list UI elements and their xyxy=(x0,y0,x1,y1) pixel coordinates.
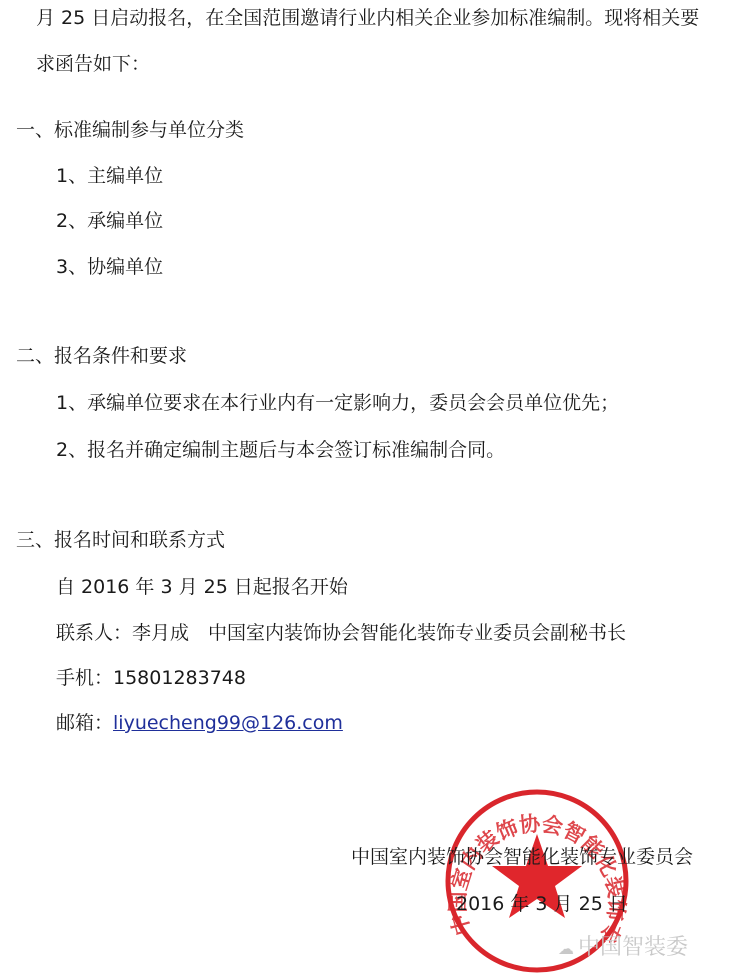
watermark-text: 中国智装委 xyxy=(578,935,688,960)
registration-start: 自 2016 年 3 月 25 日起报名开始 xyxy=(56,574,348,600)
email-row: 邮箱：liyuecheng99@126.com xyxy=(56,710,343,736)
section-2-item: 1、承编单位要求在本行业内有一定影响力，委员会会员单位优先； xyxy=(56,390,619,416)
section-2-item: 2、报名并确定编制主题后与本会签订标准编制合同。 xyxy=(56,437,505,463)
contact-person: 联系人：李月成 中国室内装饰协会智能化装饰专业委员会副秘书长 xyxy=(56,620,626,646)
email-label: 邮箱： xyxy=(56,712,113,734)
signature-date: 2016 年 3 月 25 日 xyxy=(456,891,628,917)
section-2-heading: 二、报名条件和要求 xyxy=(16,343,187,369)
intro-line-1: 月 25 日启动报名，在全国范围邀请行业内相关企业参加标准编制。现将相关要 xyxy=(36,5,699,31)
section-3-heading: 三、报名时间和联系方式 xyxy=(16,527,225,553)
wechat-icon: ☁ xyxy=(558,939,574,958)
mobile-phone: 手机：15801283748 xyxy=(56,665,246,691)
section-1-heading: 一、标准编制参与单位分类 xyxy=(16,117,244,143)
signature-org: 中国室内装饰协会智能化装饰专业委员会 xyxy=(351,844,693,870)
watermark: ☁中国智装委 xyxy=(558,930,688,961)
email-link[interactable]: liyuecheng99@126.com xyxy=(113,712,343,734)
intro-line-2: 求函告如下： xyxy=(36,51,150,77)
section-1-item: 3、协编单位 xyxy=(56,254,163,280)
section-1-item: 1、主编单位 xyxy=(56,163,163,189)
section-1-item: 2、承编单位 xyxy=(56,208,163,234)
